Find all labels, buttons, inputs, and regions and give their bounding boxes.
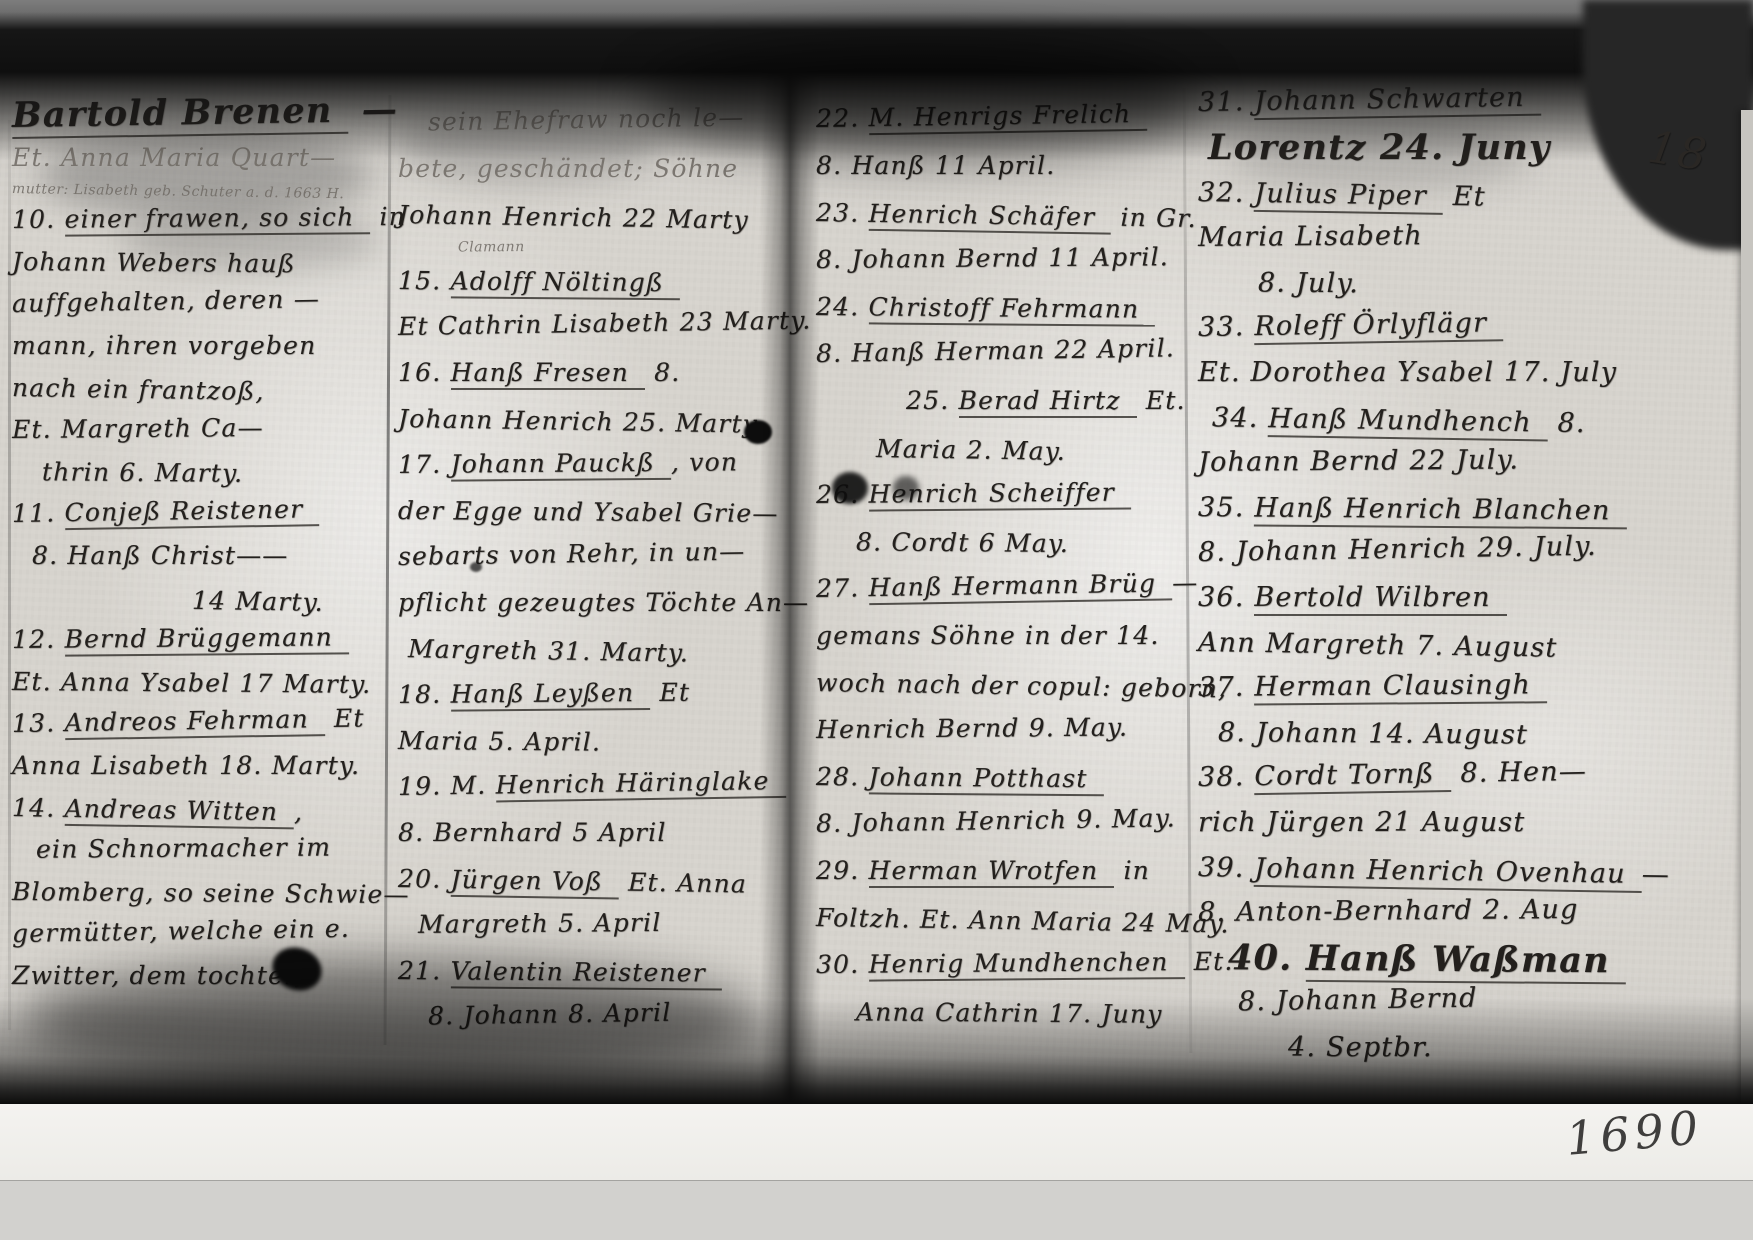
manuscript-line: Clamann — [398, 235, 768, 258]
manuscript-line: Et Cathrin Lisabeth 23 Marty. — [398, 298, 769, 350]
manuscript-line: Et. Margreth Ca— — [12, 406, 384, 451]
manuscript-line: 8. Bernhard 5 April — [398, 810, 768, 856]
manuscript-line: Anna Lisabeth 18. Marty. — [12, 745, 384, 787]
manuscript-line: 16. Hanß Fresen 8. — [398, 350, 768, 396]
manuscript-line: 10. einer frawen, so sich in — [12, 196, 384, 241]
manuscript-line: germütter, welche ein e. — [12, 907, 385, 955]
manuscript-line: Henrich Bernd 9. May. — [816, 703, 1184, 753]
manuscript-line: sebarts von Rehr, in un— — [398, 528, 769, 580]
right-page-column-1: 22. M. Henrigs Frelich8. Hanß 11 April.2… — [816, 95, 1184, 1035]
manuscript-line: auffgehalten, deren — — [12, 277, 385, 325]
scanner-top-shadow-dip — [640, 40, 1200, 160]
manuscript-line: 33. Roleff Örlyflägr — [1198, 296, 1747, 350]
ink-blot — [470, 562, 482, 572]
ink-blot — [832, 472, 868, 504]
scan-backing-strip — [0, 1180, 1753, 1240]
manuscript-line: 8. Johann Henrich 29. July. — [1198, 521, 1747, 575]
manuscript-line: 17. Johann Pauckß, von — [398, 439, 768, 488]
manuscript-line: 25. Berad Hirtz Et. — [816, 377, 1184, 424]
manuscript-line: ein Schnormacher im — [12, 826, 384, 871]
manuscript-line: 12. Bernd Brüggemann — [12, 616, 384, 661]
manuscript-line: 27. Hanß Hermann Brüg— — [816, 559, 1185, 612]
register-scan: Bartold Brenen —Et. Anna Maria Quart—mut… — [0, 0, 1753, 1240]
manuscript-line: 11. Conjeß Reistener — [12, 487, 385, 535]
manuscript-line: 18. Hanß Leyßen Et — [398, 669, 768, 718]
manuscript-line: 19. M. Henrich Häringlake — [398, 758, 769, 810]
page-number: 18 — [1644, 122, 1711, 182]
manuscript-line: gemans Söhne in der 14. — [816, 612, 1184, 659]
manuscript-line: 29. Herman Wrotfen in — [816, 847, 1184, 894]
manuscript-line: Johann Bernd 22 July. — [1198, 436, 1746, 485]
manuscript-line: 8. Hanß Christ—— — [12, 535, 384, 577]
manuscript-line: 8. Johann Bernd 11 April. — [816, 233, 1184, 283]
scanner-bottom-shadow — [0, 998, 1753, 1104]
manuscript-line: 30. Henrig Mundhenchen Et. — [816, 938, 1184, 988]
left-margin-crease — [8, 120, 11, 1030]
bottom-margin-strip — [0, 1104, 1753, 1180]
manuscript-line: rich Jürgen 21 August — [1198, 800, 1746, 845]
page-right-edge — [1741, 110, 1753, 1110]
manuscript-line: mann, ihren vorgeben — [12, 325, 384, 367]
manuscript-line: 38. Cordt Tornß 8. Hen— — [1198, 746, 1747, 800]
manuscript-line: pflicht gezeugtes Töchte An— — [398, 580, 768, 626]
left-page-column-2: sein Ehefraw noch le—bete, geschändet; S… — [398, 100, 768, 1040]
manuscript-line: Margreth 5. April — [398, 899, 768, 948]
manuscript-line: 8. Johann Henrich 9. May. — [816, 794, 1185, 847]
manuscript-line: 26. Henrich Scheiffer — [816, 468, 1184, 518]
manuscript-line: Et. Dorothea Ysabel 17. July — [1198, 350, 1746, 395]
manuscript-line: 8. Anton-Bernhard 2. Aug — [1198, 886, 1746, 935]
ink-blot — [893, 476, 919, 500]
left-page-column-1: Bartold Brenen —Et. Anna Maria Quart—mut… — [12, 95, 384, 997]
manuscript-line: 37. Herman Clausingh — [1198, 661, 1746, 710]
manuscript-line: 8. Hanß Herman 22 April. — [816, 324, 1185, 377]
manuscript-line: 36. Bertold Wilbren — [1198, 575, 1746, 620]
book-gutter-shadow — [760, 0, 820, 1115]
manuscript-line: 13. Andreos Fehrman Et — [12, 697, 385, 745]
